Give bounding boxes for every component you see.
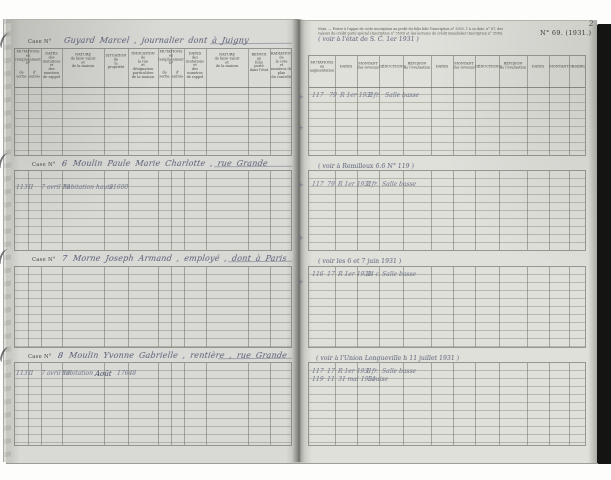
- rcol-dates: DATES: [335, 65, 357, 69]
- cell: 2 fr.: [368, 92, 381, 99]
- ruled-rows: [15, 267, 291, 347]
- rcol-revision-2: RÉVISION de l'évaluation: [499, 62, 527, 70]
- rcol-montant-3: MONTANT: [549, 65, 569, 69]
- ruled-rows: [15, 87, 291, 155]
- col-nature: NATURE de faire valoir et de la maison: [62, 53, 104, 69]
- section-note: ( voir à Remilleux 6.6 N° 119 ): [318, 163, 415, 170]
- cell: Louise: [368, 376, 389, 383]
- cell: 79: [327, 181, 336, 188]
- col-entree-2: d' entrée: [171, 71, 184, 79]
- case-label: Case N°: [32, 162, 56, 168]
- rcol-revision: RÉVISION de l'évaluation: [403, 62, 431, 70]
- case-label: Case N°: [28, 354, 52, 360]
- case-number: 6: [61, 159, 67, 168]
- top-hand-note: ( voir à l'état de S. C. 1er 1931 ): [318, 36, 420, 43]
- cell: 119: [312, 376, 324, 383]
- col-entree: d' entrée: [28, 71, 41, 79]
- rcol-mutations: MUTATIONS en augmentation: [309, 61, 335, 73]
- col-nature-2: NATURE de faire valoir et de la maison: [206, 53, 248, 69]
- col-situation: SITUATION de la propriété: [104, 54, 128, 70]
- left-table-1: MUTATIONS en remplacement N° de sortie d…: [14, 48, 292, 156]
- gutter-mark: +: [298, 278, 304, 286]
- cell: 79: [329, 92, 338, 99]
- cell: 17: [327, 271, 336, 278]
- left-table-headers: MUTATIONS en remplacement N° de sortie d…: [15, 49, 291, 88]
- col-indication: INDICATION de la rue et désignation part…: [128, 52, 158, 79]
- col-radiation: RADIATION de la cote et numéros du plan …: [270, 52, 291, 79]
- rcol-deductions-2: DÉDUCTIONS: [475, 65, 499, 69]
- rcol-dates-3: DATES: [527, 65, 549, 69]
- rcol-dates-2: DATES: [431, 65, 453, 69]
- col-mutations-2: MUTATIONS en remplacement N°: [158, 50, 184, 66]
- cell: 31600: [109, 184, 129, 191]
- nota-line2: valeurs du crédit porté spécial (Inscrip…: [318, 31, 538, 35]
- right-table-headers: MUTATIONS en augmentation DATES MONTANT …: [309, 56, 585, 88]
- rcol-observations: OBSERVATIONS: [569, 65, 585, 69]
- section-note: ( voir à l'Union Longueville h 11 juille…: [316, 355, 460, 362]
- scan-right-edge: [597, 24, 611, 464]
- case-label: Case N°: [28, 39, 52, 45]
- right-table-3: [308, 266, 586, 348]
- cell: 1 fr.: [366, 368, 379, 375]
- col-sortie: de sortie: [15, 71, 28, 79]
- rcol-montant: MONTANT des revenus: [357, 62, 379, 70]
- cell: 117: [312, 92, 324, 99]
- col-dates: DATES des mutations et des numéros de ra…: [41, 52, 62, 79]
- col-renvoi: RENVOI au folio porté dans l'état: [248, 53, 270, 73]
- case-number: 8: [57, 351, 63, 360]
- cell: Salle basse: [385, 92, 420, 99]
- left-table-2: [14, 170, 292, 251]
- cell: Salle basse: [382, 368, 417, 375]
- cell: 117: [312, 368, 324, 375]
- cell: Salle basse: [382, 181, 417, 188]
- cell: 2 fr.: [366, 181, 379, 188]
- cell: habitation: [62, 370, 94, 377]
- left-deckle-edge: [3, 19, 11, 462]
- cell: Salle basse: [382, 271, 417, 278]
- cell: 17: [327, 368, 336, 375]
- cell: habitation haute: [63, 184, 114, 191]
- section-note: ( voir les 6 et 7 juin 1931 ): [318, 258, 402, 265]
- gutter-mark: +: [298, 181, 304, 189]
- rcol-montant-2: MONTANT des revenus: [453, 62, 475, 70]
- ruled-rows: [309, 267, 585, 347]
- cell: 116: [312, 271, 324, 278]
- cell-emphasis: Août: [95, 370, 113, 378]
- cell: 34 c.: [366, 271, 382, 278]
- rcol-deductions: DÉDUCTIONS: [379, 65, 403, 69]
- case-number: 7: [61, 254, 67, 263]
- gutter-mark: +: [298, 93, 304, 101]
- gutter-mark: +: [298, 234, 304, 242]
- col-sortie-2: de sortie: [158, 71, 171, 79]
- folio-number: 2: [589, 20, 593, 28]
- gutter-mark: +: [298, 124, 304, 132]
- left-table-3: [14, 266, 292, 348]
- plate-reference: N° 69. (1931.): [540, 29, 591, 37]
- cell: 117: [312, 181, 324, 188]
- ruled-rows: [15, 171, 291, 250]
- cell: 11: [327, 376, 336, 383]
- cell: 17648: [117, 370, 137, 377]
- col-dates-2: DATES des mutations et des numéros de ra…: [184, 52, 206, 79]
- right-table-1: MUTATIONS en augmentation DATES MONTANT …: [308, 55, 586, 156]
- case-label: Case N°: [32, 257, 56, 263]
- scanned-register-spread: 2 Nota. — Porter à l'appui de cette insc…: [0, 0, 611, 480]
- col-mutations: MUTATIONS en remplacement N°: [15, 50, 41, 66]
